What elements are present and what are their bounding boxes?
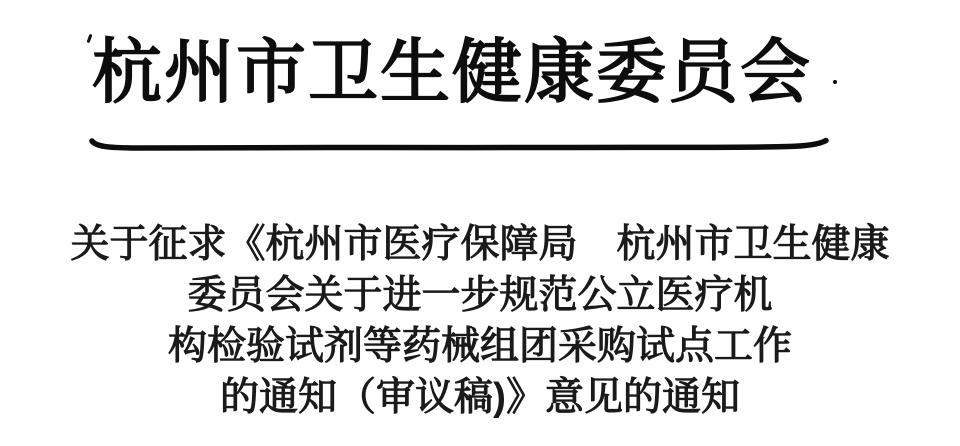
header-divider-rule — [88, 136, 830, 152]
agency-masthead: 杭州市卫生健康委员会 — [90, 28, 814, 120]
title-line-2: 委员会关于进一步规范公立医疗机 — [0, 270, 960, 321]
scan-speck — [833, 80, 837, 84]
title-line-1: 关于征求《杭州市医疗保障局 杭州市卫生健康 — [0, 219, 960, 270]
document-title: 关于征求《杭州市医疗保障局 杭州市卫生健康 委员会关于进一步规范公立医疗机 构检… — [0, 219, 960, 423]
title-line-3: 构检验试剂等药械组团采购试点工作 — [0, 321, 960, 372]
document-page: 杭州市卫生健康委员会 关于征求《杭州市医疗保障局 杭州市卫生健康 委员会关于进一… — [0, 0, 960, 446]
title-line-4: 的通知（审议稿)》意见的通知 — [0, 372, 960, 423]
